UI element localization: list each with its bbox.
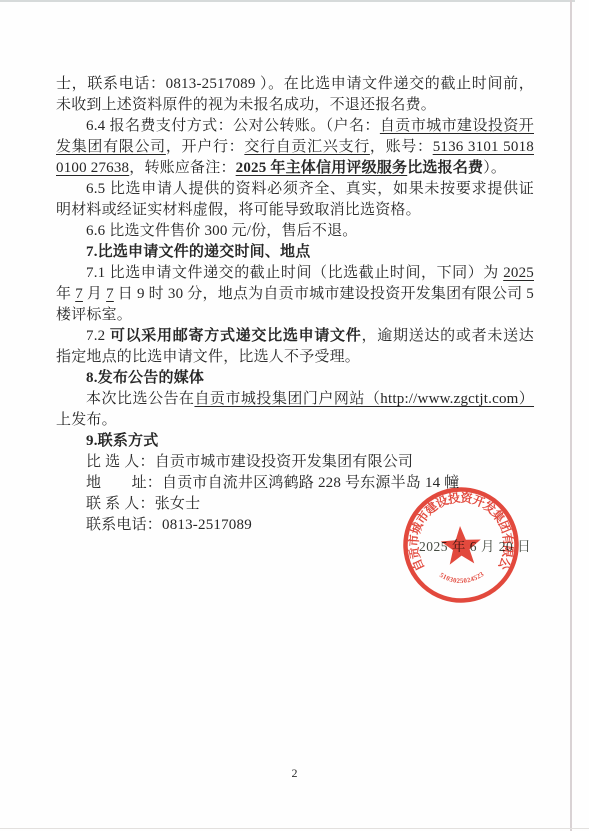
text-run: 2025 年主体信用评级服务 xyxy=(236,160,408,176)
text-run: 交行自贡汇兴支行 xyxy=(244,139,370,155)
paragraph: 8.发布公告的媒体 xyxy=(56,368,534,389)
text-run: 年 xyxy=(56,286,75,302)
text-run: 2025 xyxy=(503,265,534,281)
paragraph: 9.联系方式 xyxy=(56,431,534,452)
paragraph: 7.比选申请文件的递交时间、地点 xyxy=(56,242,534,263)
paragraph: 6.5 比选申请人提供的资料必须齐全、真实，如果未按要求提供证明材料或经证实材料… xyxy=(56,179,534,221)
paragraph: 6.6 比选文件售价 300 元/份，售后不退。 xyxy=(56,221,534,242)
page-edge-right xyxy=(570,0,572,831)
paragraph: 士，联系电话：0813-2517089 ）。在比选申请文件递交的截止时间前，未收… xyxy=(56,74,534,116)
text-run: 月 xyxy=(83,286,106,302)
text-run: 9.联系方式 xyxy=(86,433,158,449)
star-icon xyxy=(440,525,482,565)
page-number: 2 xyxy=(0,766,589,781)
text-run: 比 选 人：自贡市城市建设投资开发集团有限公司 xyxy=(86,454,413,470)
text-run: ）。 xyxy=(483,160,506,176)
text-run: 日 9 时 30 分，地点为自贡市城市建设投资开发集团有限公司 5 楼评标室。 xyxy=(56,286,534,323)
text-run: 7 xyxy=(75,286,83,302)
paragraph: 本次比选公告在自贡市城投集团门户网站（http://www.zgctjt.com… xyxy=(56,389,534,431)
text-run: 6.5 比选申请人提供的资料必须齐全、真实，如果未按要求提供证明材料或经证实材料… xyxy=(56,181,534,218)
paragraph: 7.2 可以采用邮寄方式递交比选申请文件，逾期送达的或者未送达指定地点的比选申请… xyxy=(56,326,534,368)
page-edge-top xyxy=(0,0,575,2)
text-run: 上发布。 xyxy=(56,412,117,428)
text-run: 7.比选申请文件的递交时间、地点 xyxy=(86,244,310,260)
text-run: 联 系 人：张女士 xyxy=(86,496,200,512)
text-run: ，开户行： xyxy=(166,139,244,155)
stamp-company-text: 自贡市城市建设投资开发集团有限公司 xyxy=(396,480,518,578)
text-run: ，转账应备注： xyxy=(129,160,235,176)
page-edge-bottom xyxy=(0,828,589,829)
paragraph: 6.4 报名费支付方式：公对公转账。（户名：自贡市城市建设投资开发集团有限公司，… xyxy=(56,116,534,179)
text-run: 6.6 比选文件售价 300 元/份，售后不退。 xyxy=(86,223,357,239)
text-run: 士，联系电话：0813-2517089 ）。在比选申请文件递交的截止时间前，未收… xyxy=(56,76,534,113)
stamp-serial-text: 5103025024523 xyxy=(438,570,486,587)
paragraph: 比 选 人：自贡市城市建设投资开发集团有限公司 xyxy=(56,452,534,473)
company-seal-stamp: 自贡市城市建设投资开发集团有限公司 5103025024523 xyxy=(396,480,526,610)
text-run: 7.1 比选申请文件递交的截止时间（比选截止时间，下同）为 xyxy=(86,265,503,281)
text-run: 联系电话：0813-2517089 xyxy=(86,517,252,533)
document-body: 士，联系电话：0813-2517089 ）。在比选申请文件递交的截止时间前，未收… xyxy=(56,74,534,536)
text-run: 7 xyxy=(106,286,114,302)
text-run: 比选报名费 xyxy=(407,160,483,176)
text-run: 8.发布公告的媒体 xyxy=(86,370,204,386)
text-run: 7.2 xyxy=(86,328,110,344)
text-run: 自贡市城投集团门户网站（http://www.zgctjt.com） xyxy=(194,391,534,407)
text-run: ，账号： xyxy=(370,139,433,155)
text-run: 本次比选公告在 xyxy=(86,391,194,407)
paragraph: 7.1 比选申请文件递交的截止时间（比选截止时间，下同）为 2025 年 7 月… xyxy=(56,263,534,326)
document-page: 士，联系电话：0813-2517089 ）。在比选申请文件递交的截止时间前，未收… xyxy=(0,0,589,831)
text-run: 可以采用邮寄方式递交比选申请文件 xyxy=(110,328,362,344)
text-run: 6.4 报名费支付方式：公对公转账。（户名： xyxy=(86,118,380,134)
